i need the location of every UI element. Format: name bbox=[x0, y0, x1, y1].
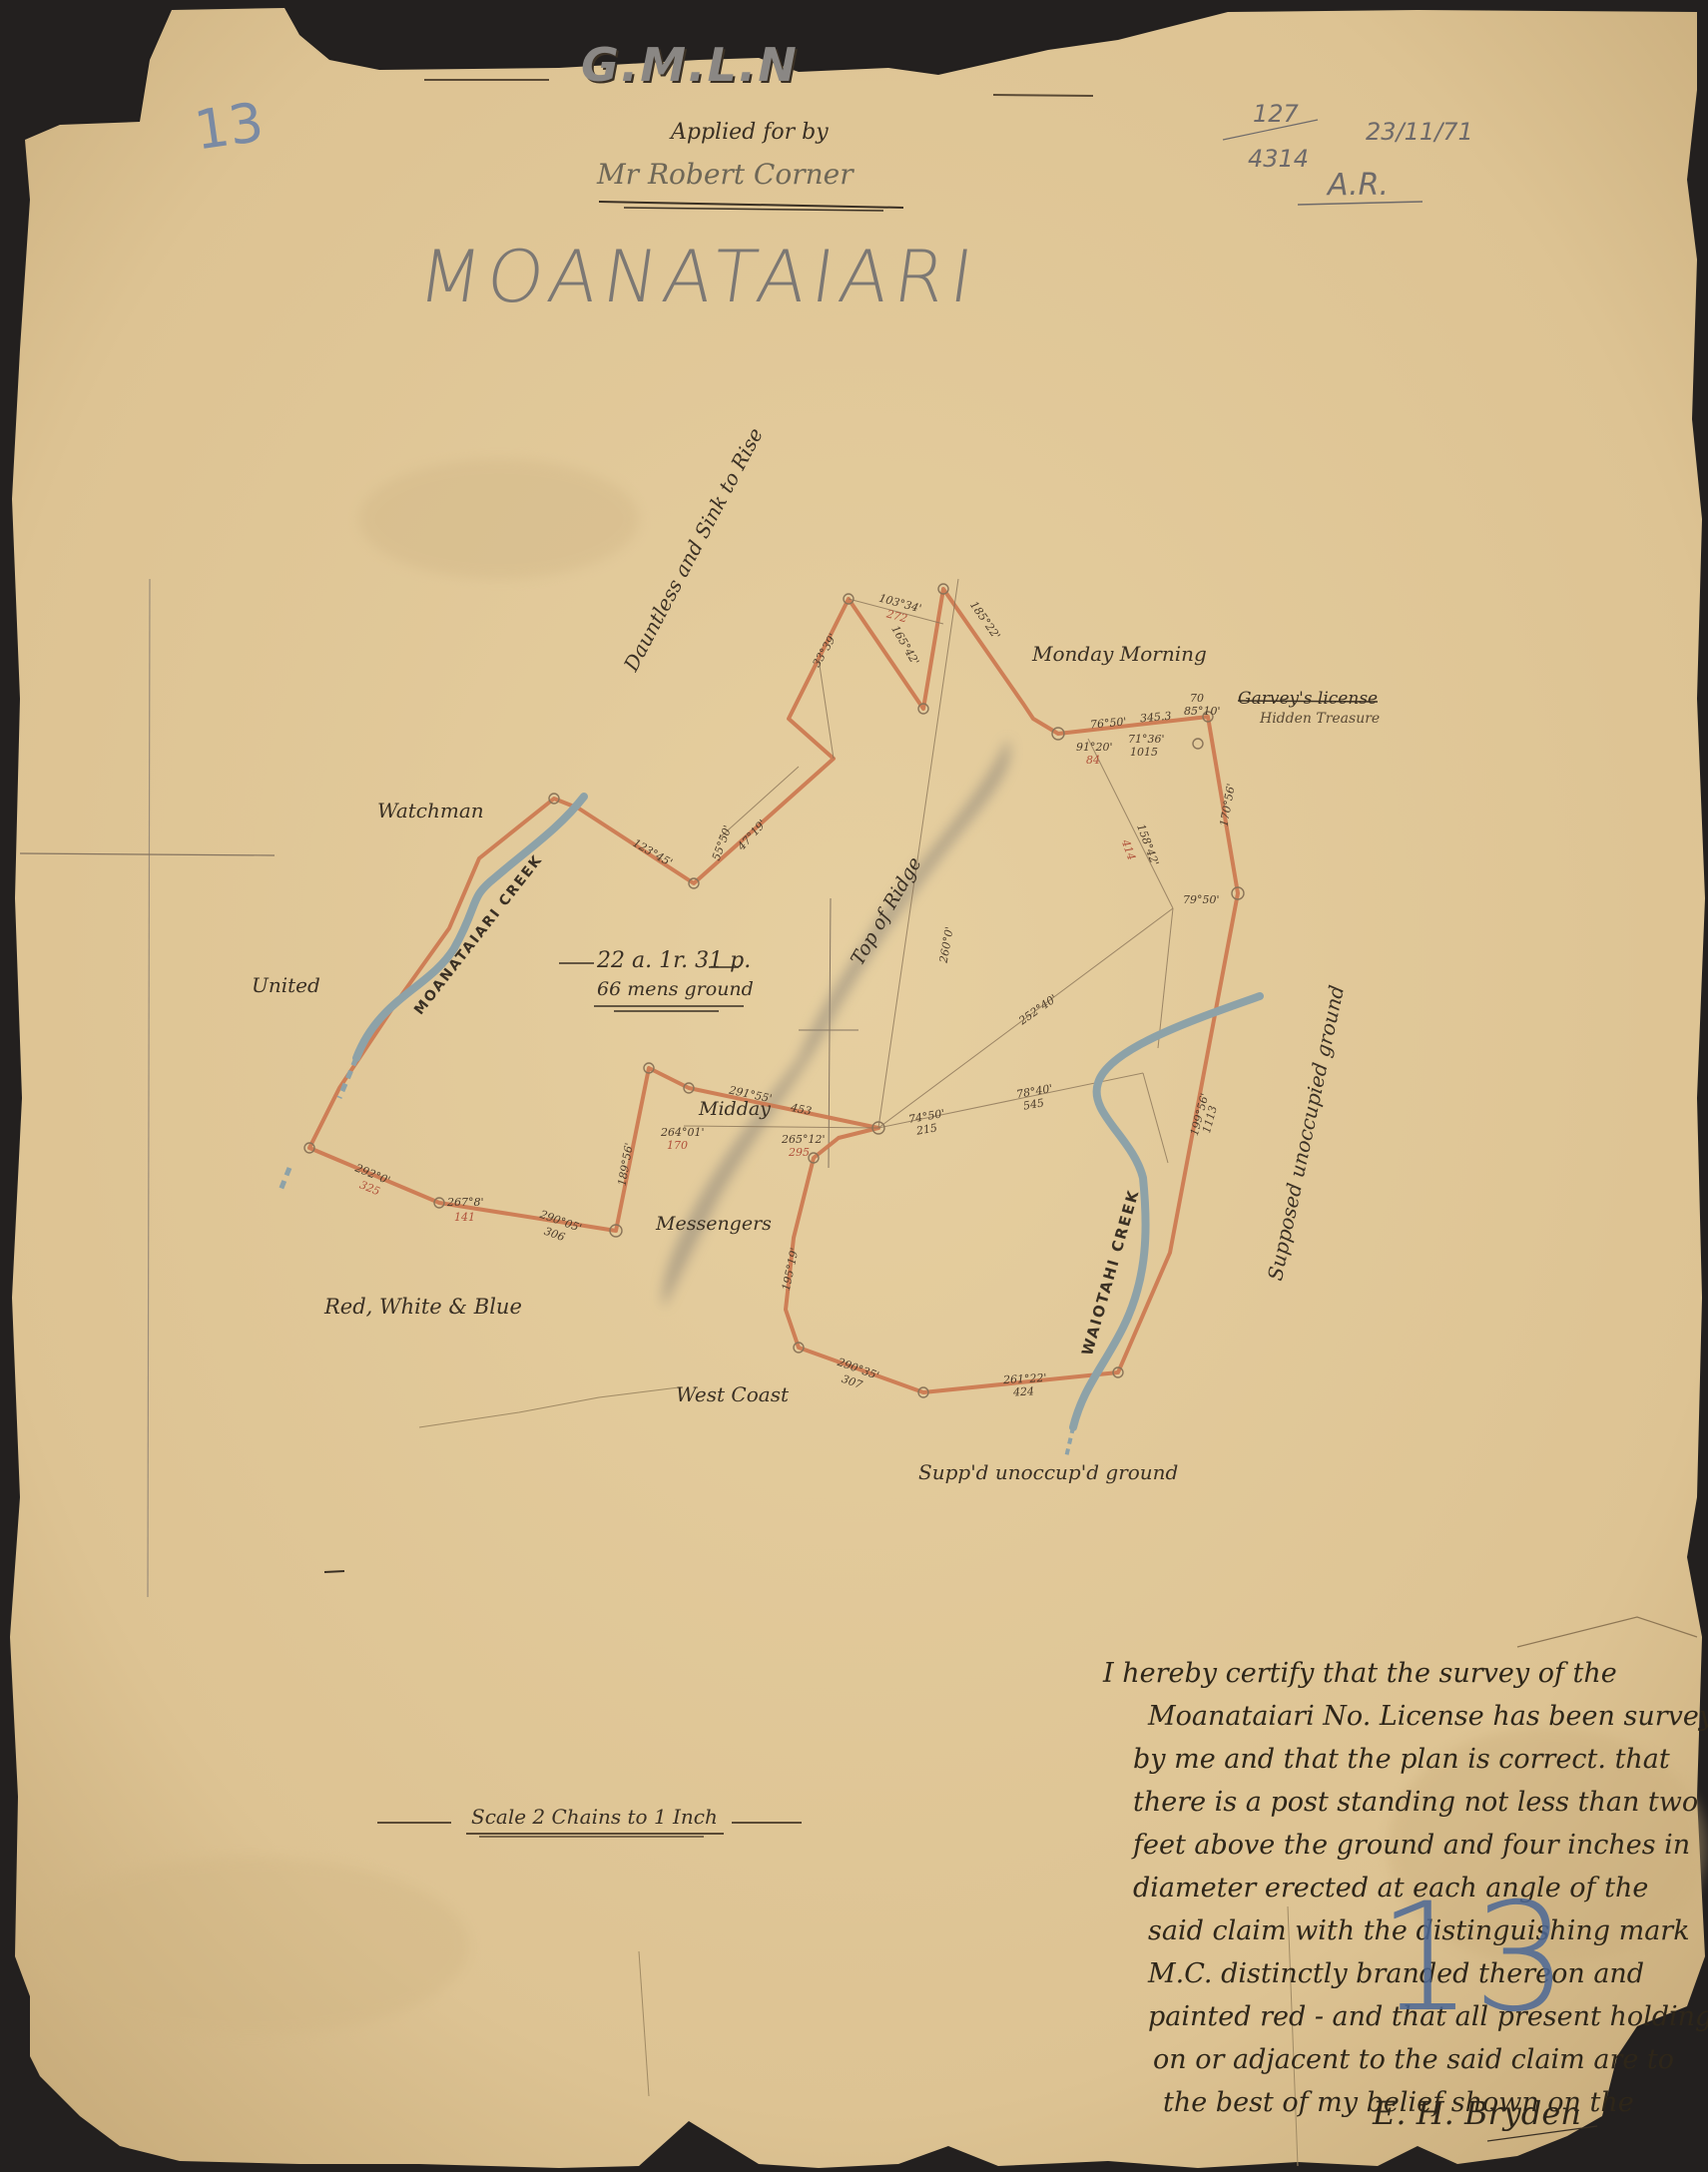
mens-ground-label: 66 mens ground bbox=[597, 978, 754, 1000]
claim-messengers: Messengers bbox=[656, 1213, 772, 1235]
distance-label: 141 bbox=[454, 1211, 475, 1224]
claim-garveys-license: Garvey's license bbox=[1238, 689, 1378, 709]
corner-pencil-number: 13 bbox=[191, 91, 268, 163]
certificate-line: Moanataiari No. License has been surveye… bbox=[1103, 1695, 1702, 1738]
bearing-label: 70 bbox=[1190, 692, 1204, 705]
certificate-line: there is a post standing not less than t… bbox=[1103, 1781, 1702, 1824]
gmln-title: G.M.L.N bbox=[581, 38, 799, 92]
claim-west-coast: West Coast bbox=[676, 1382, 789, 1406]
certificate-line: by me and that the plan is correct. that bbox=[1103, 1738, 1702, 1781]
bearing-label: 1015 bbox=[1130, 746, 1158, 759]
place-name: MOANATAIARI bbox=[413, 235, 984, 318]
bearing-label: 79°50' bbox=[1183, 893, 1220, 906]
bearing-label: 71°36' bbox=[1128, 733, 1165, 746]
area-label: 22 a. 1r. 31 p. bbox=[597, 948, 751, 973]
certificate-line: feet above the ground and four inches in bbox=[1103, 1824, 1702, 1867]
ref-initials: A.R. bbox=[1328, 168, 1389, 203]
claim-suppd-unoccupied: Supp'd unoccup'd ground bbox=[918, 1460, 1178, 1484]
bearing-label: 345.3 bbox=[1139, 710, 1172, 726]
blue-pencil-number: 13 bbox=[1378, 1872, 1568, 2045]
certificate-line: I hereby certify that the survey of the bbox=[1103, 1652, 1702, 1695]
claim-monday-morning: Monday Morning bbox=[1032, 642, 1207, 666]
ref-number-1: 127 bbox=[1253, 100, 1299, 128]
surveyor-signature: E. H. Bryden bbox=[1373, 2094, 1581, 2132]
bearing-label: 91°20' bbox=[1076, 741, 1113, 754]
applied-for-label: Applied for by bbox=[671, 120, 829, 145]
bearing-label: 264°01' bbox=[661, 1126, 705, 1139]
bearing-label: 261°22' bbox=[1003, 1371, 1047, 1386]
bearing-label: 85°10' bbox=[1184, 705, 1221, 718]
scale-label: Scale 2 Chains to 1 Inch bbox=[471, 1805, 718, 1829]
distance-label: 84 bbox=[1086, 754, 1100, 767]
distance-label: 295 bbox=[789, 1146, 810, 1159]
ref-number-2: 4314 bbox=[1248, 145, 1309, 173]
distance-label: 170 bbox=[667, 1139, 688, 1152]
claim-red-white-blue: Red, White & Blue bbox=[324, 1295, 522, 1319]
claim-united: United bbox=[252, 973, 320, 997]
claim-hidden-treasure: Hidden Treasure bbox=[1260, 711, 1380, 727]
applicant-name: Mr Robert Corner bbox=[597, 158, 854, 191]
bearing-label: 424 bbox=[1013, 1384, 1035, 1398]
claim-watchman: Watchman bbox=[377, 799, 484, 822]
bearing-label: 265°12' bbox=[782, 1133, 826, 1146]
ref-date: 23/11/71 bbox=[1366, 118, 1473, 146]
bearing-label: 267°8' bbox=[447, 1196, 484, 1209]
